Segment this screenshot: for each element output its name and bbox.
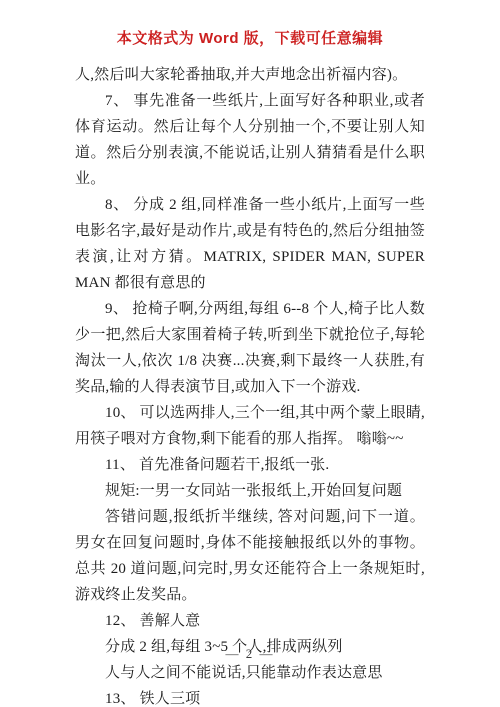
paragraph: 规矩:一男一女同站一张报纸上,开始回复问题	[75, 478, 425, 504]
page-number: — 2 —	[0, 646, 500, 662]
paragraph: 12、 善解人意	[75, 608, 425, 634]
paragraph: 11、 首先准备问题若干,报纸一张.	[75, 452, 425, 478]
paragraph: 9、 抢椅子啊,分两组,每组 6--8 个人,椅子比人数少一把,然后大家围着椅子…	[75, 296, 425, 400]
paragraph: 答错问题,报纸折半继续, 答对问题,问下一道。 男女在回复问题时,身体不能接触报…	[75, 504, 425, 608]
paragraph: 人,然后叫大家轮番抽取,并大声地念出祈福内容)。	[75, 62, 425, 88]
document-page: 本文格式为 Word 版，下载可任意编辑 人,然后叫大家轮番抽取,并大声地念出祈…	[0, 0, 500, 707]
document-format-notice: 本文格式为 Word 版，下载可任意编辑	[0, 28, 500, 50]
paragraph: 13、 铁人三项	[75, 686, 425, 707]
paragraph: 8、 分成 2 组,同样准备一些小纸片,上面写一些电影名字,最好是动作片,或是有…	[75, 192, 425, 296]
paragraph: 10、 可以选两排人,三个一组,其中两个蒙上眼睛,用筷子喂对方食物,剩下能看的那…	[75, 400, 425, 452]
paragraph: 7、 事先准备一些纸片,上面写好各种职业,或者体育运动。然后让每个人分别抽一个,…	[75, 88, 425, 192]
document-body: 人,然后叫大家轮番抽取,并大声地念出祈福内容)。 7、 事先准备一些纸片,上面写…	[0, 62, 500, 707]
paragraph: 人与人之间不能说话,只能靠动作表达意思	[75, 660, 425, 686]
